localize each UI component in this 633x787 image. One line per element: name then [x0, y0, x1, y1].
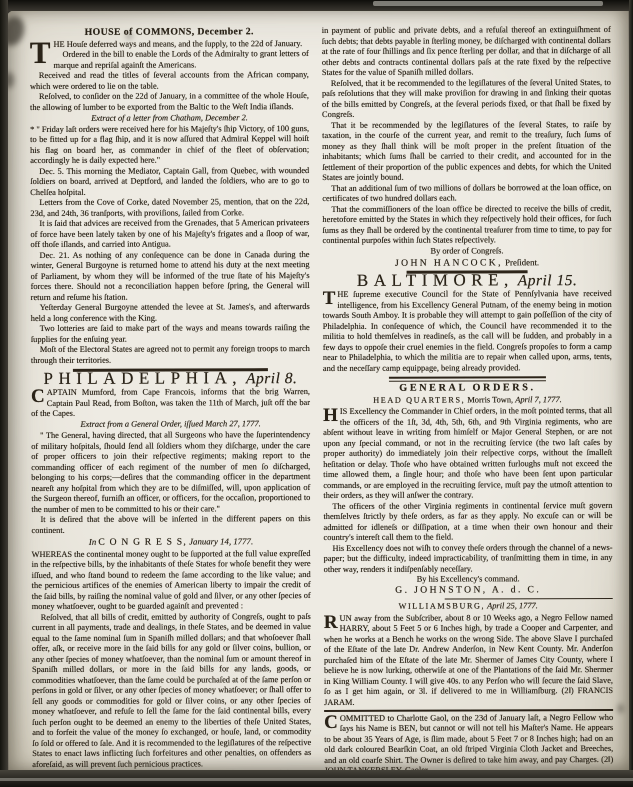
newspaper-page: HOUSE of COMMONS, December 2.THE Houſe d…	[6, 8, 632, 775]
signature-title: Preſident.	[503, 257, 539, 267]
dateline-date: April 8.	[246, 370, 297, 387]
city-name: PHILADELPHIA,	[43, 368, 242, 388]
article-paragraph: That the commiſſioners of the loan offic…	[322, 203, 611, 246]
article-paragraph: Ordered in the bill to enable the Lords …	[30, 49, 309, 71]
signature-name: G. JOHNSTON, A. d. C.	[395, 584, 541, 596]
subhead-date: April 25, 1777.	[485, 601, 538, 610]
heading-prefix: In	[89, 537, 99, 547]
italic-note: Extract of a letter from Chatham, Decemb…	[30, 113, 309, 124]
congress-heading: In C O N G R E S S, January 14, 1777.	[32, 536, 311, 548]
article-paragraph: Reſolved, that all bills of credit, emit…	[32, 612, 312, 770]
divider-rule	[389, 376, 545, 382]
page-columns: HOUSE of COMMONS, December 2.THE Houſe d…	[30, 25, 618, 787]
article-paragraph: Moſt of the Electoral States are agreed …	[31, 344, 310, 366]
divider-rule	[324, 709, 613, 712]
section-heading: HOUSE of COMMONS, December 2.	[30, 27, 309, 38]
section-subheading: WILLIAMSBURG, April 25, 1777.	[324, 601, 613, 613]
divider-rule	[445, 597, 613, 599]
article-paragraph: in payment of public and private debts, …	[322, 25, 611, 79]
ink-stain	[618, 704, 623, 713]
article-paragraph: Dec. 21. As nothing of any conſequence c…	[31, 250, 310, 303]
drop-cap: C	[324, 713, 340, 729]
article-paragraph: CAPTAIN Mumford, from Cape Francois, inf…	[31, 387, 310, 419]
signature-line: JOHN HANCOCK, Preſident.	[323, 256, 612, 269]
drop-cap: T	[323, 290, 338, 306]
article-paragraph: THE ſupreme executive Council for the St…	[323, 289, 612, 374]
article-paragraph: That it be recommended by the legiſlatur…	[322, 119, 611, 183]
section-subheading: HEAD QUARTERS, Morris Town, April 7, 177…	[323, 394, 612, 406]
signature-line: G. JOHNSTON, A. d. C.	[324, 585, 613, 597]
subhead-smallcaps: WILLIAMSBURG,	[399, 601, 486, 610]
newspaper-scan: { "palette": { "paper": "#ece8df", "ink"…	[0, 0, 633, 787]
article-paragraph: That an additional ſum of two millions o…	[322, 182, 611, 204]
section-heading: GENERAL ORDERS.	[323, 383, 612, 395]
article-paragraph: HIS Excellency the Commander in Chief or…	[323, 406, 612, 502]
drop-cap: H	[323, 407, 340, 423]
article-paragraph: Yeſterday General Burgoyne attended the …	[31, 302, 310, 324]
scan-edge-right	[629, 0, 633, 787]
city-name: BALTIMORE,	[357, 270, 514, 290]
scan-glare-stripe	[0, 778, 633, 781]
article-paragraph: COMMITTED to Charlotte Gaol, on the 23d …	[324, 712, 613, 776]
drop-cap: R	[324, 613, 340, 629]
subhead-smallcaps: HEAD QUARTERS,	[373, 395, 465, 404]
scan-glare-streak	[373, 1, 603, 6]
article-paragraph: It is ſaid that advices are received fro…	[30, 218, 309, 250]
left-column: HOUSE of COMMONS, December 2.THE Houſe d…	[30, 26, 312, 787]
signature-name: JOHN HANCOCK,	[395, 257, 503, 268]
drop-cap: T	[30, 39, 54, 64]
article-paragraph: RUN away from the Subſcriber, about 8 or…	[324, 612, 613, 708]
heading-caps: C O N G R E S S,	[98, 536, 187, 547]
article-paragraph: Letters from the Cove of Corke, dated No…	[30, 197, 309, 219]
right-column: in payment of public and private debts, …	[322, 25, 614, 787]
article-paragraph: " The General, having directed, that all…	[31, 430, 310, 515]
city-dateline: PHILADELPHIA,April 8.	[31, 373, 310, 387]
article-paragraph: * " Friday laſt orders were received her…	[30, 124, 309, 167]
city-dateline: BALTIMORE,April 15.	[323, 274, 612, 289]
article-paragraph: Two lotteries are ſaid to make part of t…	[31, 323, 310, 345]
article-paragraph: Reſolved, that it be recommended to the …	[322, 77, 611, 120]
drop-cap: C	[31, 388, 47, 404]
subhead-plain: Morris Town,	[465, 395, 515, 404]
article-paragraph: His Excellency does not wiſh to convey t…	[324, 542, 613, 575]
article-paragraph: Reſolved, to conſider on the 22d of Janu…	[30, 91, 309, 113]
subhead-date: April 7, 1777.	[515, 395, 562, 404]
scan-edge-left	[0, 0, 8, 787]
dateline-date: April 15.	[518, 272, 578, 289]
article-paragraph: Dec. 5. This morning the Mediator, Capta…	[30, 166, 309, 198]
article-paragraph: Received and read the titles of ſeveral …	[30, 70, 309, 92]
ink-stain	[126, 34, 133, 39]
article-paragraph: It is deſired that the above will be inſ…	[31, 514, 310, 536]
heading-date: January 14, 1777.	[187, 536, 253, 546]
article-paragraph: WHEREAS the continental money ought to b…	[32, 549, 311, 613]
italic-note: Extract from a General Order, iſſued Mar…	[31, 419, 310, 430]
article-paragraph: The officers of the other Virginia regim…	[323, 500, 612, 543]
attribution-line: By order of Congreſs.	[322, 245, 611, 257]
